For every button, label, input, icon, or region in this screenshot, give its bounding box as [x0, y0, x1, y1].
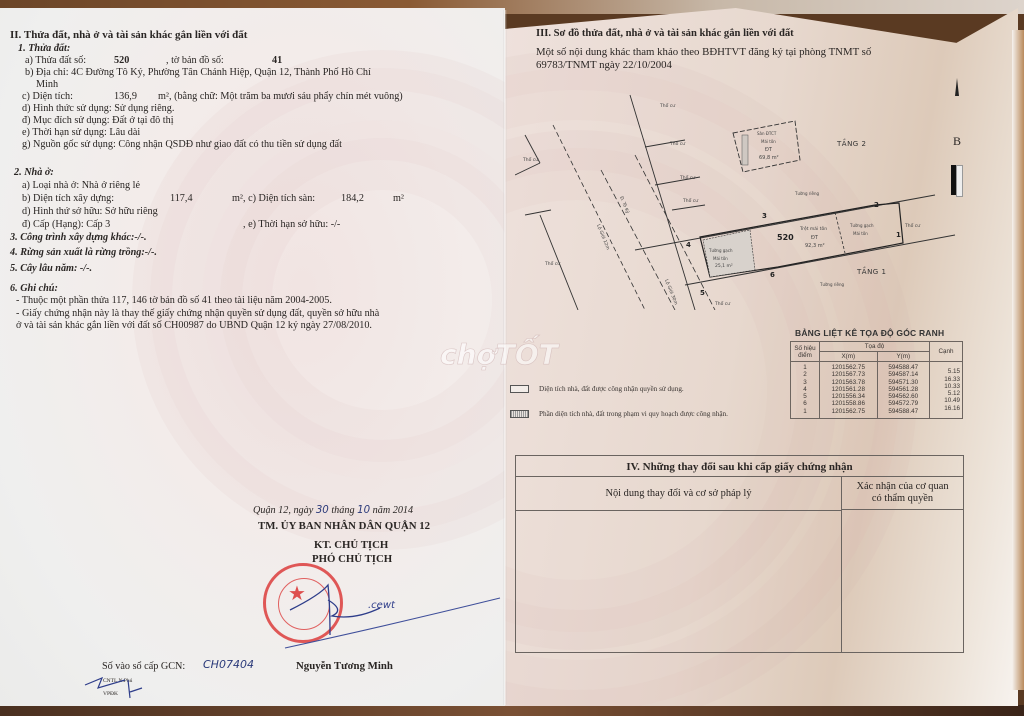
date-year: 2014 — [393, 505, 413, 516]
signer-name: Nguyễn Tương Minh — [296, 660, 393, 672]
note-line-1: - Thuộc một phần thửa 117, 146 tờ bản đồ… — [16, 295, 332, 307]
table-row: 11201562.75594588.4716.16 — [791, 408, 963, 419]
section-3-title: III. Sơ đồ thửa đất, nhà ở và tài sản kh… — [536, 28, 794, 40]
x-coord: 1201561.28 — [820, 386, 878, 393]
coordinate-table-title: BẢNG LIỆT KÊ TỌA ĐỘ GÓC RANH — [795, 328, 944, 338]
land-origin: g) Nguồn gốc sử dụng: Công nhận QSDĐ như… — [22, 139, 342, 151]
x-coord: 1201562.75 — [820, 408, 878, 419]
date-day: 30 — [316, 505, 329, 516]
edge-length: 16.16 — [930, 405, 963, 416]
x-coord: 1201562.75 — [820, 362, 878, 372]
header-coords: Tọa độ — [820, 342, 930, 352]
point-id: 3 — [791, 379, 820, 386]
built-area-label: b) Diện tích xây dựng: — [22, 193, 114, 205]
floor-area-value: 184,2 — [341, 193, 364, 205]
y-coord: 594561.28 — [877, 386, 929, 393]
ownership-form: d) Hình thứ sở hữu: Sở hữu riêng — [22, 206, 158, 218]
built-area-value: 117,4 — [170, 193, 193, 205]
svg-text:ĐT: ĐT — [811, 235, 819, 241]
floor-area-label: m², c) Diện tích sàn: — [232, 193, 315, 205]
svg-text:Thổ cư: Thổ cư — [544, 260, 561, 267]
svg-text:92,3 m²: 92,3 m² — [805, 243, 825, 249]
svg-text:Mái tôn: Mái tôn — [713, 256, 728, 261]
address: b) Địa chỉ: 4C Đường Tô Ký, Phường Tân C… — [25, 67, 371, 79]
changes-table: IV. Những thay đổi sau khi cấp giấy chứn… — [515, 455, 964, 653]
year-label: năm — [373, 505, 391, 516]
date-month: 10 — [357, 505, 370, 516]
map-sheet-number: 41 — [272, 55, 282, 67]
issuing-authority: TM. ỦY BAN NHÂN DÂN QUẬN 12 — [258, 520, 430, 532]
house-heading: 2. Nhà ở: — [14, 167, 54, 179]
address-continued: Minh — [36, 79, 58, 91]
table-surface-bottom — [0, 705, 1024, 716]
svg-text:Thổ cư: Thổ cư — [904, 222, 921, 229]
svg-text:Thổ cư: Thổ cư — [714, 300, 731, 307]
svg-text:ĐT: ĐT — [765, 147, 773, 153]
y-coord: 594572.79 — [877, 400, 929, 407]
svg-text:3: 3 — [762, 212, 767, 220]
area-in-words: m², (bằng chữ: Một trăm ba mươi sáu phẩy… — [158, 91, 403, 103]
edge-length: 16.33 — [930, 376, 963, 383]
svg-text:Mái tôn: Mái tôn — [853, 231, 868, 236]
note-line-3: ở và tài sản khác gắn liền với đất số CH… — [16, 320, 372, 332]
y-coord: 594588.47 — [877, 362, 929, 372]
land-heading: 1. Thửa đất: — [18, 43, 70, 55]
svg-text:2: 2 — [874, 201, 879, 209]
edge-length: 10.33 — [930, 383, 963, 390]
svg-text:Tường gạch: Tường gạch — [849, 223, 874, 228]
initial-scribble — [80, 670, 150, 700]
signer-role-1: KT. CHỦ TỊCH — [314, 539, 388, 551]
point-id: 4 — [791, 386, 820, 393]
chotot-watermark: chợTỐT — [440, 338, 558, 371]
perennial-trees: 5. Cây lâu năm: -/-. — [10, 263, 92, 275]
svg-text:6: 6 — [770, 271, 775, 279]
point-id: 2 — [791, 371, 820, 378]
map-sheet-label: , tờ bản đồ số: — [166, 55, 224, 67]
reference-line-1: Một số nội dung khác tham khảo theo BĐHT… — [536, 46, 871, 58]
svg-text:Trệt mái tôn: Trệt mái tôn — [799, 225, 827, 232]
svg-text:Sân ĐTCT: Sân ĐTCT — [757, 131, 777, 136]
svg-text:520: 520 — [777, 233, 794, 242]
svg-text:Mái tôn: Mái tôn — [761, 139, 776, 144]
y-coord: 594562.60 — [877, 393, 929, 400]
legend-label: Diện tích nhà, đất được công nhận quyền … — [539, 385, 684, 393]
authority-header-line-2: có thẩm quyền — [842, 493, 963, 505]
changes-content-header: Nội dung thay đổi và cơ sở pháp lý — [516, 477, 842, 511]
use-purpose: đ) Mục đích sử dụng: Đất ở tại đô thị — [22, 115, 174, 127]
parcel-diagram: 3 4 5 6 2 1 520 Trệt mái tôn ĐT 92,3 m² … — [515, 85, 1015, 310]
svg-text:1: 1 — [896, 231, 901, 239]
header-y: Y(m) — [877, 352, 929, 362]
svg-text:.cewt: .cewt — [368, 600, 396, 611]
svg-text:69,8 m²: 69,8 m² — [759, 155, 779, 161]
header-x: X(m) — [820, 352, 878, 362]
y-coord: 594571.30 — [877, 379, 929, 386]
section-4-title: IV. Những thay đổi sau khi cấp giấy chứn… — [516, 456, 963, 477]
svg-text:25,1 m²: 25,1 m² — [715, 263, 733, 269]
svg-text:TẦNG 1: TẦNG 1 — [856, 266, 886, 276]
area-label: c) Diện tích: — [22, 91, 73, 103]
house-grade: đ) Cấp (Hạng): Cấp 3 — [22, 219, 110, 231]
edge-length: 10.49 — [930, 397, 963, 404]
other-works: 3. Công trình xây dựng khác:-/-. — [10, 232, 147, 244]
date-prefix: Quận 12, ngày — [253, 505, 313, 516]
legend-item-planning: Phần diện tích nhà, đất trong phạm vi qu… — [510, 410, 728, 418]
point-id: 6 — [791, 400, 820, 407]
legend-label: Phần diện tích nhà, đất trong phạm vi qu… — [539, 410, 728, 418]
house-type: a) Loại nhà ở: Nhà ở riêng lẻ — [22, 180, 140, 192]
notes-heading: 6. Ghi chú: — [10, 283, 58, 295]
svg-text:5: 5 — [700, 289, 705, 297]
y-coord: 594588.47 — [877, 408, 929, 419]
authority-confirmation-header: Xác nhận của cơ quan có thẩm quyền — [842, 477, 963, 510]
ownership-term: , e) Thời hạn sở hữu: -/- — [243, 219, 340, 231]
column-divider — [841, 510, 842, 652]
svg-text:Đ. Tô Ký: Đ. Tô Ký — [618, 195, 631, 215]
svg-text:Thổ cư: Thổ cư — [682, 197, 699, 204]
point-id: 5 — [791, 393, 820, 400]
x-coord: 1201567.73 — [820, 371, 878, 378]
authority-header-line-1: Xác nhận của cơ quan — [842, 481, 963, 493]
use-term: e) Thời hạn sử dụng: Lâu dài — [22, 127, 140, 139]
coordinate-table: Số hiệu điểm Tọa độ Cạnh X(m) Y(m) 11201… — [790, 341, 963, 419]
coordinate-table-body: 11201562.75594588.4721201567.73594587.14… — [791, 362, 963, 419]
register-number: CH07404 — [203, 659, 254, 671]
svg-text:Thổ cư: Thổ cư — [659, 102, 676, 109]
area-value: 136,9 — [114, 91, 137, 103]
point-id: 1 — [791, 362, 820, 372]
svg-text:Thổ cư: Thổ cư — [679, 174, 696, 181]
note-line-2: - Giấy chứng nhận này là thay thế giấy c… — [16, 308, 379, 320]
parcel-label: a) Thửa đất số: — [25, 55, 86, 67]
legend-item-recognized: Diện tích nhà, đất được công nhận quyền … — [510, 385, 684, 393]
signature-scribble: .cewt — [270, 580, 510, 650]
svg-text:4: 4 — [686, 241, 691, 249]
edge-length: 5.12 — [930, 390, 963, 397]
section-2-title: II. Thửa đất, nhà ở và tài sản khác gắn … — [10, 29, 247, 41]
month-label: tháng — [331, 505, 354, 516]
signer-role-2: PHÓ CHỦ TỊCH — [312, 553, 392, 565]
header-point: Số hiệu điểm — [791, 342, 820, 362]
issue-date: Quận 12, ngày 30 tháng 10 năm 2014 — [253, 505, 413, 517]
point-id: 1 — [791, 408, 820, 419]
edge-length — [930, 359, 963, 369]
reference-line-2: 69783/TNMT ngày 22/10/2004 — [536, 59, 672, 71]
y-coord: 594587.14 — [877, 371, 929, 378]
svg-text:Tường gạch: Tường gạch — [708, 248, 733, 253]
legend-swatch-plain — [510, 385, 529, 393]
production-forest: 4. Rừng sản xuất là rừng trồng:-/-. — [10, 247, 157, 259]
legend-swatch-hatched — [510, 410, 529, 418]
edge-length: 5.15 — [930, 368, 963, 375]
x-coord: 1201558.86 — [820, 400, 878, 407]
floor-area-unit: m² — [393, 193, 404, 205]
x-coord: 1201556.34 — [820, 393, 878, 400]
parcel-number: 520 — [114, 55, 129, 67]
svg-text:Tường riêng: Tường riêng — [794, 191, 820, 196]
svg-text:TẦNG 2: TẦNG 2 — [836, 138, 866, 148]
svg-text:Tường riêng: Tường riêng — [819, 282, 845, 287]
x-coord: 1201563.78 — [820, 379, 878, 386]
use-form: d) Hình thức sử dụng: Sử dụng riêng. — [22, 103, 174, 115]
svg-text:Thổ cư: Thổ cư — [522, 156, 539, 163]
svg-text:Thổ cư: Thổ cư — [669, 140, 686, 147]
